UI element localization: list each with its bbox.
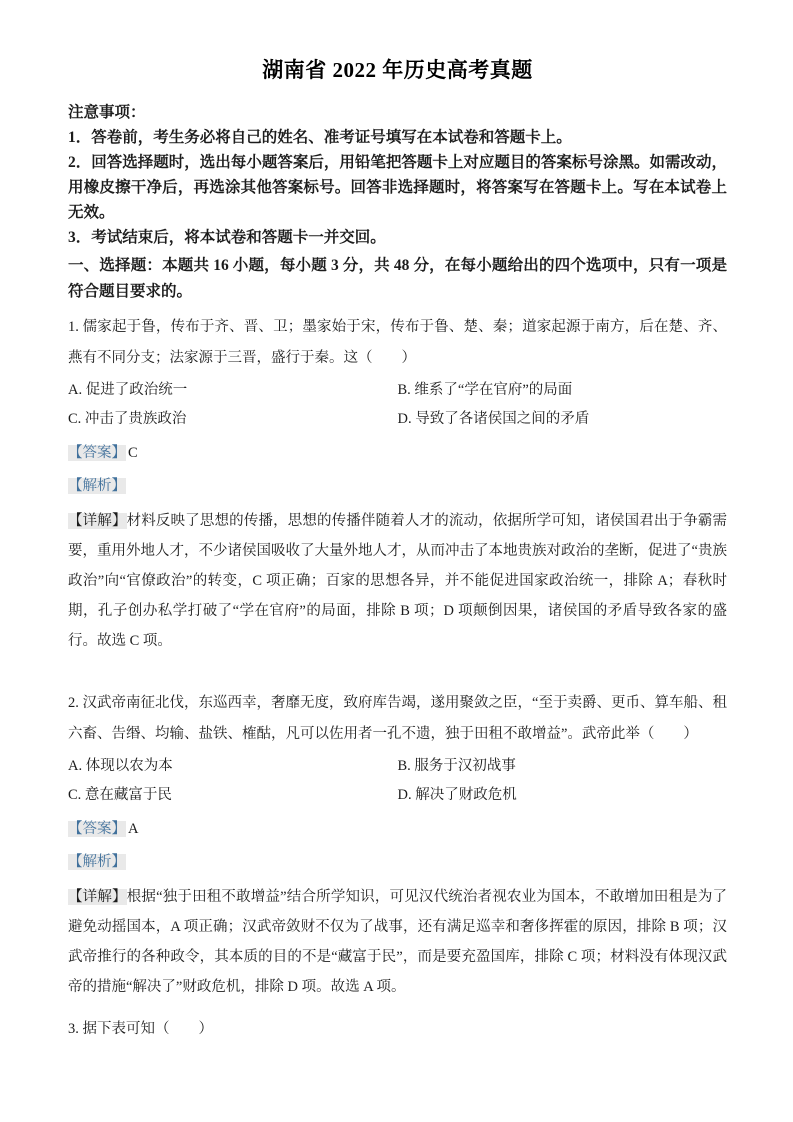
answer-label: 【答案】 bbox=[68, 445, 126, 461]
notice-heading: 注意事项： bbox=[68, 100, 727, 125]
notice-item-2: 2．回答选择题时，选出每小题答案后，用铅笔把答题卡上对应题目的答案标号涂黑。如需… bbox=[68, 150, 727, 225]
question-1-option-c: C. 冲击了贵族政治 bbox=[68, 405, 398, 434]
question-2-option-a: A. 体现以农为本 bbox=[68, 752, 398, 781]
question-2-detail-text: 根据“独于田租不敢增益”结合所学知识，可见汉代统治者视农业为国本，不敢增加田租是… bbox=[68, 889, 727, 995]
question-1-answer-value: C bbox=[126, 445, 138, 461]
question-2-option-d: D. 解决了财政危机 bbox=[398, 781, 728, 810]
question-3-block: 3. 据下表可知（ ） bbox=[68, 1014, 727, 1045]
notice-section: 注意事项： 1．答卷前，考生务必将自己的姓名、准考证号填写在本试卷和答题卡上。 … bbox=[68, 100, 727, 250]
question-1-option-b: B. 维系了“学在官府”的局面 bbox=[398, 376, 728, 405]
question-1-block: 1. 儒家起于鲁，传布于齐、晋、卫；墨家始于宋，传布于鲁、楚、秦；道家起源于南方… bbox=[68, 312, 727, 656]
question-3-stem: 3. 据下表可知（ ） bbox=[68, 1014, 727, 1045]
question-2-answer-value: A bbox=[126, 821, 138, 837]
analysis-label: 【解析】 bbox=[68, 854, 126, 870]
answer-label: 【答案】 bbox=[68, 821, 126, 837]
detail-label: 【详解】 bbox=[68, 513, 127, 529]
question-2-option-b: B. 服务于汉初战事 bbox=[398, 752, 728, 781]
detail-label: 【详解】 bbox=[68, 889, 127, 905]
question-2-answer-row: 【答案】A bbox=[68, 817, 727, 841]
question-2-stem: 2. 汉武帝南征北伐，东巡西幸，奢靡无度，致府库告竭，遂用聚敛之臣，“至于卖爵、… bbox=[68, 688, 727, 750]
question-1-stem: 1. 儒家起于鲁，传布于齐、晋、卫；墨家始于宋，传布于鲁、楚、秦；道家起源于南方… bbox=[68, 312, 727, 374]
page-title: 湖南省 2022 年历史高考真题 bbox=[68, 54, 727, 84]
section-heading-choice-questions: 一、选择题：本题共 16 小题，每小题 3 分，共 48 分，在每小题给出的四个… bbox=[68, 253, 727, 305]
notice-item-3: 3．考试结束后，将本试卷和答题卡一并交回。 bbox=[68, 225, 727, 250]
question-1-option-a: A. 促进了政治统一 bbox=[68, 376, 398, 405]
question-2-analysis-row: 【解析】 bbox=[68, 850, 727, 874]
question-1-option-d: D. 导致了各诸侯国之间的矛盾 bbox=[398, 405, 728, 434]
notice-item-1: 1．答卷前，考生务必将自己的姓名、准考证号填写在本试卷和答题卡上。 bbox=[68, 125, 727, 150]
question-2-detail: 【详解】根据“独于田租不敢增益”结合所学知识，可见汉代统治者视农业为国本，不敢增… bbox=[68, 882, 727, 1002]
question-1-detail-text: 材料反映了思想的传播，思想的传播伴随着人才的流动，依据所学可知，诸侯国君出于争霸… bbox=[68, 513, 727, 649]
question-2-block: 2. 汉武帝南征北伐，东巡西幸，奢靡无度，致府库告竭，遂用聚敛之臣，“至于卖爵、… bbox=[68, 688, 727, 1002]
question-1-analysis-row: 【解析】 bbox=[68, 474, 727, 498]
question-1-options: A. 促进了政治统一 B. 维系了“学在官府”的局面 C. 冲击了贵族政治 D.… bbox=[68, 376, 727, 434]
question-2-options: A. 体现以农为本 B. 服务于汉初战事 C. 意在藏富于民 D. 解决了财政危… bbox=[68, 752, 727, 810]
question-2-option-c: C. 意在藏富于民 bbox=[68, 781, 398, 810]
question-1-answer-row: 【答案】C bbox=[68, 441, 727, 465]
exam-document-page: 湖南省 2022 年历史高考真题 注意事项： 1．答卷前，考生务必将自己的姓名、… bbox=[0, 0, 793, 1122]
question-1-detail: 【详解】材料反映了思想的传播，思想的传播伴随着人才的流动，依据所学可知，诸侯国君… bbox=[68, 506, 727, 656]
analysis-label: 【解析】 bbox=[68, 478, 126, 494]
